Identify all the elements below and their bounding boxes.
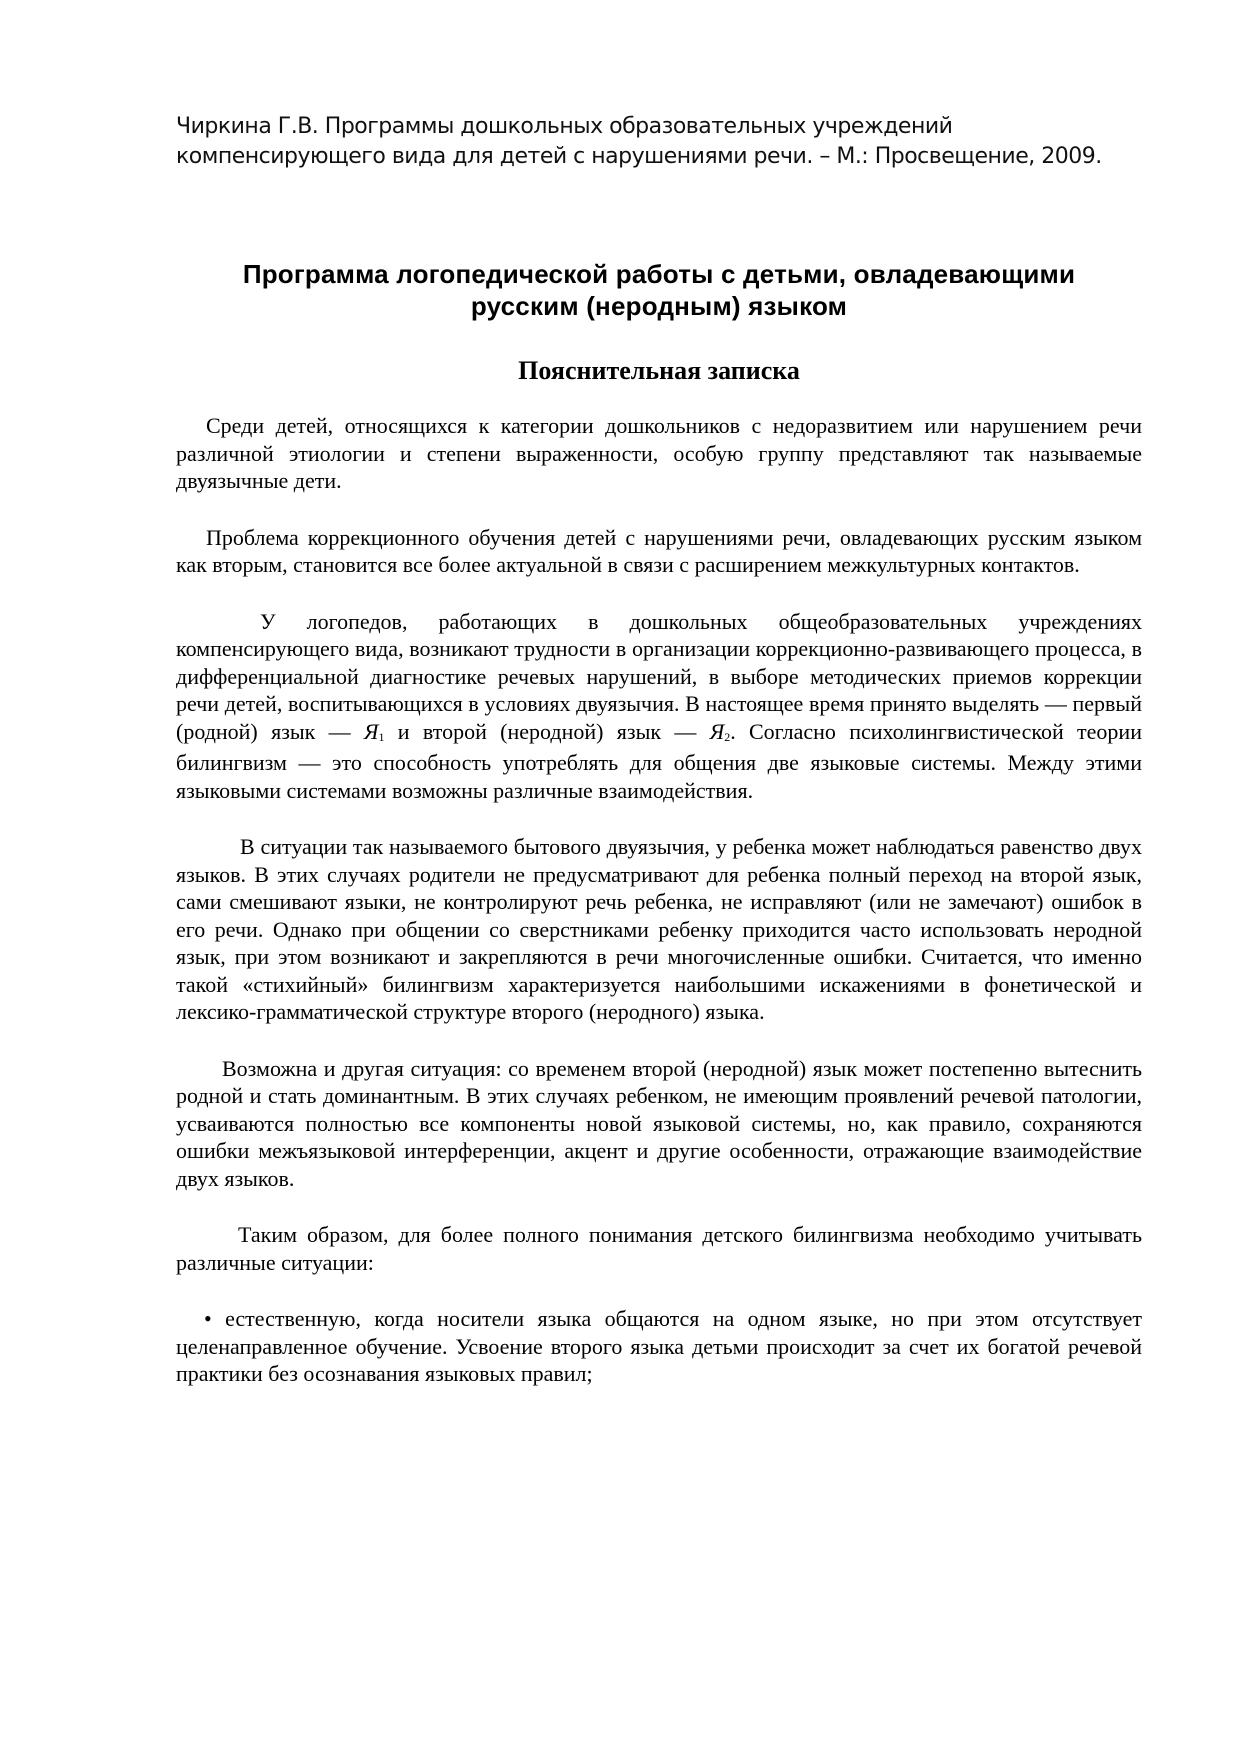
title-line-1: Программа логопедической работы с детьми… [243, 259, 1075, 289]
paragraph-5: Возможна и другая ситуация: со временем … [176, 1055, 1142, 1193]
document-title: Программа логопедической работы с детьми… [176, 258, 1142, 322]
language-2-symbol: Я [710, 719, 724, 744]
paragraph-3-part-b: и второй (неродной) язык — [384, 719, 709, 744]
citation-line-1: Чиркина Г.В. Программы дошкольных образо… [176, 114, 952, 139]
paragraph-2: Проблема коррекционного обучения детей с… [176, 524, 1142, 579]
language-1-subscript: 1 [378, 730, 384, 744]
bullet-item-1-text: естественную, когда носители языка общаю… [176, 1306, 1142, 1386]
paragraph-3: У логопедов, работающих в дошкольных общ… [176, 608, 1142, 805]
title-line-2: русским (неродным) языком [471, 291, 847, 321]
bullet-icon: • [204, 1306, 212, 1331]
language-1-symbol: Я [364, 719, 378, 744]
citation-line-2: компенсирующего вида для детей с нарушен… [176, 144, 1102, 169]
section-heading: Пояснительная записка [176, 356, 1142, 386]
paragraph-6: Таким образом, для более полного пониман… [176, 1221, 1142, 1276]
bullet-item-1: • естественную, когда носители языка общ… [176, 1305, 1142, 1388]
paragraph-4: В ситуации так называемого бытового двуя… [176, 833, 1142, 1026]
document-page: Чиркина Г.В. Программы дошкольных образо… [176, 112, 1142, 1388]
language-2-subscript: 2 [724, 730, 730, 744]
paragraph-1: Среди детей, относящихся к категории дош… [176, 412, 1142, 495]
citation: Чиркина Г.В. Программы дошкольных образо… [176, 112, 1142, 172]
